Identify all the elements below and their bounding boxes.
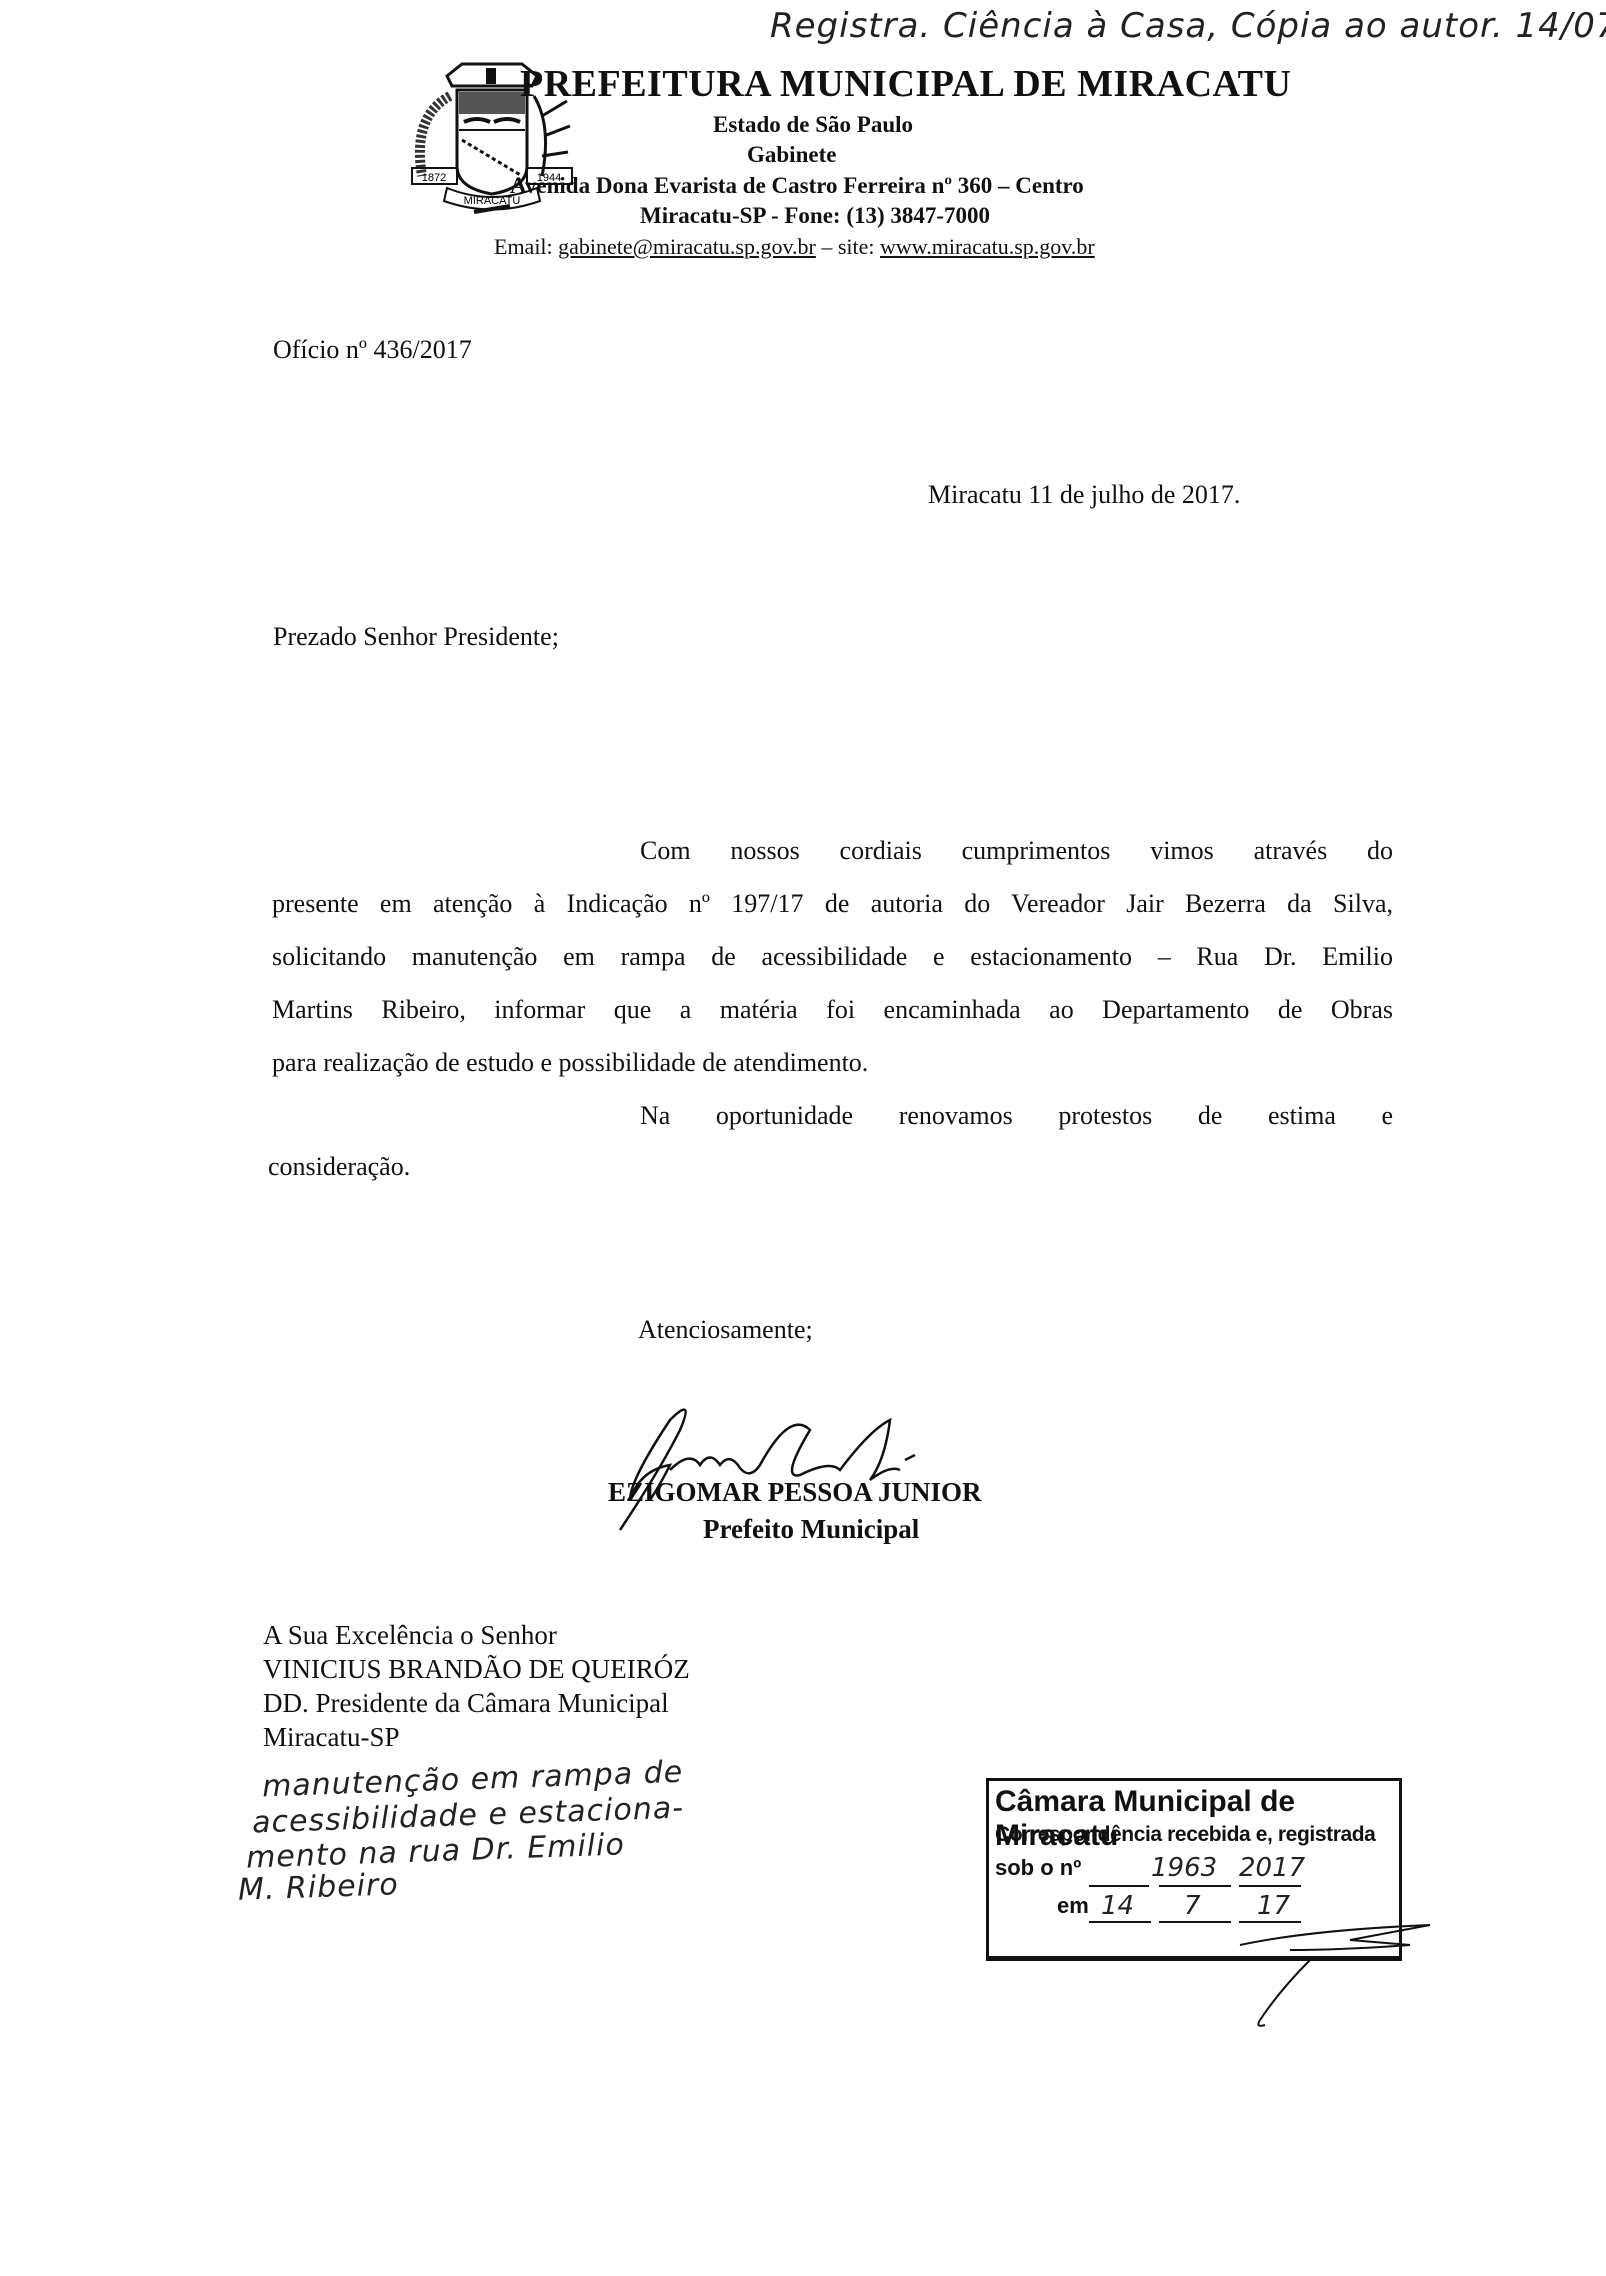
letter-closing: Atenciosamente; — [638, 1315, 813, 1345]
addressee-line: DD. Presidente da Câmara Municipal — [263, 1688, 669, 1719]
paragraph-1-line: solicitando manutenção em rampa de acess… — [272, 942, 1393, 972]
letter-reference: Ofício nº 436/2017 — [273, 335, 472, 365]
stamp-number-value: 1963 — [1151, 1853, 1217, 1883]
addressee-name: VINICIUS BRANDÃO DE QUEIRÓZ — [263, 1654, 690, 1685]
letterhead-state: Estado de São Paulo — [713, 112, 913, 138]
stamp-date-label: em — [1057, 1893, 1089, 1919]
handwritten-subject-line: M. Ribeiro — [237, 1867, 399, 1908]
stamp-number-year: 2017 — [1239, 1853, 1305, 1883]
paragraph-1-line: para realização de estudo e possibilidad… — [272, 1048, 868, 1078]
svg-text:1872: 1872 — [422, 172, 446, 184]
letterhead-contact: Email: gabinete@miracatu.sp.gov.br – sit… — [494, 234, 1095, 260]
stamp-initials-icon — [1230, 1920, 1440, 2030]
stamp-date-month: 7 — [1184, 1891, 1201, 1921]
letterhead-title: PREFEITURA MUNICIPAL DE MIRACATU — [520, 62, 1291, 106]
handwritten-dispatch-note: Registra. Ciência à Casa, Cópia ao autor… — [770, 6, 1606, 46]
addressee-line: Miracatu-SP — [263, 1722, 399, 1753]
stamp-number-label: sob o nº — [995, 1855, 1081, 1881]
stamp-subtitle: Correspondência recebida e, registrada — [995, 1823, 1375, 1847]
letter-salutation: Prezado Senhor Presidente; — [273, 622, 559, 652]
email-label: Email: — [494, 234, 553, 259]
letterhead-address: Avenida Dona Evarista de Castro Ferreira… — [510, 173, 1084, 199]
paragraph-1-line: Martins Ribeiro, informar que a matéria … — [272, 995, 1393, 1025]
paragraph-2-line: Na oportunidade renovamos protestos de e… — [640, 1101, 1393, 1131]
paragraph-1-line: presente em atenção à Indicação nº 197/1… — [272, 889, 1393, 919]
paragraph-2-line: consideração. — [268, 1152, 410, 1182]
site-label: – site: — [821, 234, 874, 259]
addressee-line: A Sua Excelência o Senhor — [263, 1620, 557, 1651]
stamp-date-year: 17 — [1257, 1891, 1290, 1921]
site-link[interactable]: www.miracatu.sp.gov.br — [880, 234, 1095, 259]
stamp-date-day: 14 — [1101, 1891, 1134, 1921]
signer-title: Prefeito Municipal — [703, 1514, 919, 1545]
letter-date: Miracatu 11 de julho de 2017. — [928, 480, 1240, 510]
email-link[interactable]: gabinete@miracatu.sp.gov.br — [558, 234, 816, 259]
signer-name: EZIGOMAR PESSOA JUNIOR — [608, 1477, 982, 1508]
letterhead-department: Gabinete — [747, 142, 836, 168]
paragraph-1-line: Com nossos cordiais cumprimentos vimos a… — [640, 836, 1393, 866]
letterhead-city-phone: Miracatu-SP - Fone: (13) 3847-7000 — [640, 203, 990, 229]
